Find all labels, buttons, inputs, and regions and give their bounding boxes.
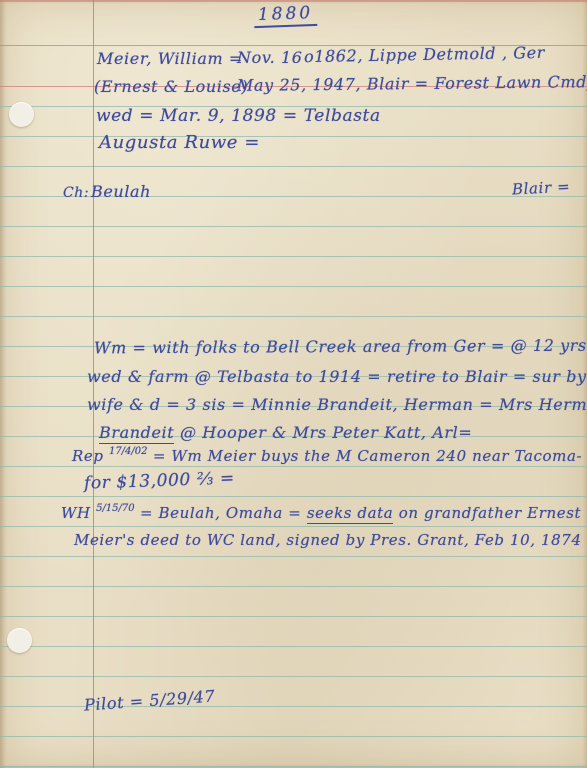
note-line-3: wife & d = 3 sis = Minnie Brandeit, Herm… — [87, 397, 587, 413]
rep-note: Rep 17/4/02 = Wm Meier buys the M Camero… — [72, 447, 582, 464]
rep-note-prefix: Rep — [72, 447, 109, 465]
entry-birth-place: o1862, Lippe Detmold , Ger — [304, 45, 545, 65]
note-line-4-rest: @ Hooper & Mrs Peter Katt, Arl= — [174, 423, 472, 442]
child-residence: Blair = — [512, 179, 571, 197]
entry-parents: (Ernest & Louise) — [94, 79, 248, 95]
entry-death-line: May 25, 1947, Blair = Forest Lawn Cmdy — [237, 74, 587, 94]
scanned-ledger-page: 1880 Meier, William = Nov. 16 o1862, Lip… — [0, 0, 587, 768]
year-heading: 1880 — [254, 5, 318, 28]
wh-note-pre: = Beulah, Omaha = — [135, 504, 307, 522]
note-line-4: Brandeit @ Hooper & Mrs Peter Katt, Arl= — [99, 425, 472, 441]
wh-note-post: on grandfather Ernest — [393, 504, 581, 522]
rep-note-date: 17/4/02 — [109, 446, 148, 457]
note-line-1: Wm = with folks to Bell Creek area from … — [94, 338, 587, 357]
children-label: Ch: — [63, 186, 89, 200]
rep-note-text: = Wm Meier buys the M Cameron 240 near T… — [148, 447, 583, 465]
wh-note-prefix: WH — [61, 504, 96, 522]
wh-note-second-line: Meier's deed to WC land, signed by Pres.… — [74, 533, 582, 548]
top-edge-rule — [0, 0, 587, 2]
entry-spouse-line: Augusta Ruwe = — [99, 134, 260, 152]
entry-marriage-line: wed = Mar. 9, 1898 = Telbasta — [96, 108, 381, 125]
entry-birth-date: Nov. 16 — [237, 50, 303, 66]
child-name: Beulah — [91, 184, 151, 200]
hole-punch-bottom — [7, 628, 32, 653]
note-line-2: wed & farm @ Telbasta to 1914 = retire t… — [87, 369, 587, 385]
entry-surname: Meier, William = — [97, 51, 243, 67]
pilot-note: Pilot = 5/29/47 — [84, 688, 216, 713]
note-line-4-underlined: Brandeit — [99, 423, 174, 444]
wh-note: WH 5/15/70 = Beulah, Omaha = seeks data … — [61, 504, 581, 521]
wh-note-date: 5/15/70 — [96, 503, 135, 514]
wh-note-underlined: seeks data — [307, 504, 394, 524]
rep-note-price: for $13,000 ⅔ = — [84, 470, 235, 492]
hole-punch-top — [9, 102, 34, 127]
